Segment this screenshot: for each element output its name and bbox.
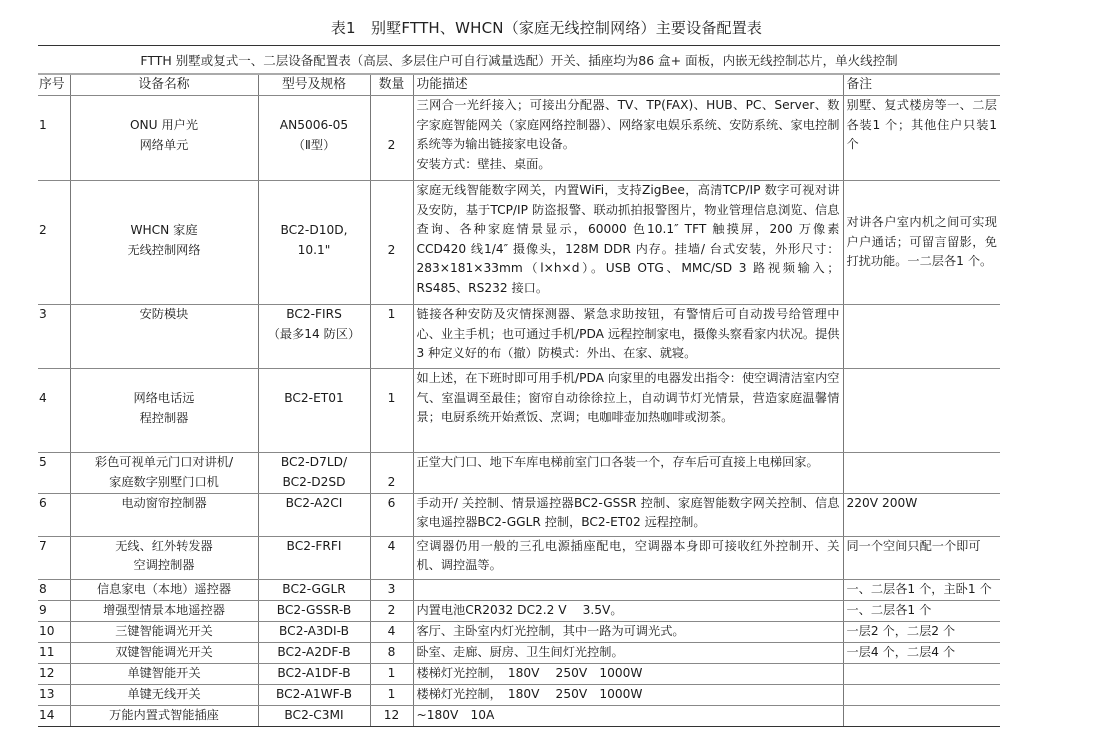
cell-no: 4 (38, 369, 70, 453)
cell-no: 14 (38, 705, 70, 726)
cell-model: BC2-D7LD/BC2-D2SD (258, 453, 370, 494)
name-line: ONU 用户光 (74, 116, 255, 136)
header-desc: 功能描述 (413, 75, 843, 96)
table-row: 5 彩色可视单元门口对讲机/家庭数字别墅门口机 BC2-D7LD/BC2-D2S… (38, 453, 1000, 494)
name-line: WHCN 家庭 (74, 221, 255, 241)
cell-desc: 客厅、主卧室内灯光控制，其中一路为可调光式。 (413, 621, 843, 642)
cell-name: WHCN 家庭无线控制网络 (70, 181, 258, 305)
cell-no: 12 (38, 663, 70, 684)
equipment-config-table: 序号 设备名称 型号及规格 数量 功能描述 备注 1 ONU 用户光网络单元 A… (38, 75, 1000, 727)
desc-text: 三网合一光纤接入；可接出分配器、TV、TP(FAX)、HUB、PC、Server… (417, 96, 840, 155)
cell-qty: 3 (370, 579, 413, 600)
cell-note: 一、二层各1 个 (843, 600, 1000, 621)
cell-no: 11 (38, 642, 70, 663)
cell-no: 13 (38, 684, 70, 705)
cell-qty: 1 (370, 305, 413, 369)
cell-model: BC2-A2DF-B (258, 642, 370, 663)
table-row: 11 双键智能调光开关 BC2-A2DF-B 8 卧室、走廊、厨房、卫生间灯光控… (38, 642, 1000, 663)
table-title: 表1 别墅FTTH、WHCN（家庭无线控制网络）主要设备配置表 (0, 17, 1093, 38)
model-line: （最多14 防区） (262, 325, 367, 345)
cell-name: 单键智能开关 (70, 663, 258, 684)
cell-note: 同一个空间只配一个即可 (843, 536, 1000, 579)
header-name: 设备名称 (70, 75, 258, 96)
model-line: BC2-D7LD/ (262, 453, 367, 473)
cell-name: 万能内置式智能插座 (70, 705, 258, 726)
header-qty: 数量 (370, 75, 413, 96)
cell-name: ONU 用户光网络单元 (70, 96, 258, 181)
header-no: 序号 (38, 75, 70, 96)
cell-desc: 如上述，在下班时即可用手机/PDA 向家里的电器发出指令：使空调清洁室内空气、室… (413, 369, 843, 453)
cell-qty: 8 (370, 642, 413, 663)
cell-model: AN5006-05（Ⅱ型） (258, 96, 370, 181)
cell-name: 双键智能调光开关 (70, 642, 258, 663)
name-line: 无线、红外转发器 (74, 537, 255, 557)
cell-name: 增强型情景本地遥控器 (70, 600, 258, 621)
cell-note: 别墅、复式楼房等一、二层各装1 个；其他住户只装1 个 (843, 96, 1000, 181)
cell-qty: 2 (370, 96, 413, 181)
cell-qty: 4 (370, 621, 413, 642)
cell-qty: 12 (370, 705, 413, 726)
cell-model: BC2-GSSR-B (258, 600, 370, 621)
cell-name: 安防模块 (70, 305, 258, 369)
header-model: 型号及规格 (258, 75, 370, 96)
cell-name: 无线、红外转发器空调控制器 (70, 536, 258, 579)
cell-no: 8 (38, 579, 70, 600)
cell-no: 1 (38, 96, 70, 181)
cell-model: BC2-D10D,10.1" (258, 181, 370, 305)
cell-no: 9 (38, 600, 70, 621)
cell-note (843, 305, 1000, 369)
cell-qty: 1 (370, 369, 413, 453)
cell-model: BC2-FRFI (258, 536, 370, 579)
cell-model: BC2-C3MI (258, 705, 370, 726)
cell-note (843, 684, 1000, 705)
cell-no: 6 (38, 493, 70, 536)
table-row: 2 WHCN 家庭无线控制网络 BC2-D10D,10.1" 2 家庭无线智能数… (38, 181, 1000, 305)
cell-qty: 1 (370, 684, 413, 705)
name-line: 家庭数字别墅门口机 (74, 473, 255, 493)
cell-no: 7 (38, 536, 70, 579)
cell-model: BC2-FIRS（最多14 防区） (258, 305, 370, 369)
model-line: AN5006-05 (262, 116, 367, 136)
cell-desc: 家庭无线智能数字网关，内置WiFi，支持ZigBee，高清TCP/IP 数字可视… (413, 181, 843, 305)
cell-note: 对讲各户室内机之间可实现户户通话；可留言留影，免打扰功能。一二层各1 个。 (843, 181, 1000, 305)
cell-note: 220V 200W (843, 493, 1000, 536)
cell-qty: 2 (370, 453, 413, 494)
table-row: 1 ONU 用户光网络单元 AN5006-05（Ⅱ型） 2 三网合一光纤接入；可… (38, 96, 1000, 181)
cell-model: BC2-A1DF-B (258, 663, 370, 684)
cell-model: BC2-GGLR (258, 579, 370, 600)
name-line: 无线控制网络 (74, 241, 255, 261)
cell-desc: 空调器仍用一般的三孔电源插座配电，空调器本身即可接收红外控制开、关机、调控温等。 (413, 536, 843, 579)
header-note: 备注 (843, 75, 1000, 96)
desc-text: 安装方式：壁挂、桌面。 (417, 155, 840, 175)
table-row: 9 增强型情景本地遥控器 BC2-GSSR-B 2 内置电池CR2032 DC2… (38, 600, 1000, 621)
table-row: 8 信息家电（本地）遥控器 BC2-GGLR 3 一、二层各1 个，主卧1 个 (38, 579, 1000, 600)
cell-desc: 正堂大门口、地下车库电梯前室门口各装一个，存车后可直接上电梯回家。 (413, 453, 843, 494)
cell-desc: 内置电池CR2032 DC2.2 V 3.5V。 (413, 600, 843, 621)
cell-qty: 4 (370, 536, 413, 579)
name-line: 空调控制器 (74, 556, 255, 576)
table-subtitle: FTTH 别墅或复式一、二层设备配置表（高层、多层住户可自行减量选配）开关、插座… (38, 51, 1000, 69)
cell-no: 5 (38, 453, 70, 494)
cell-note: 一层4 个，二层4 个 (843, 642, 1000, 663)
cell-desc: 卧室、走廊、厨房、卫生间灯光控制。 (413, 642, 843, 663)
cell-name: 单键无线开关 (70, 684, 258, 705)
name-line: 网络电话远 (74, 389, 255, 409)
table-row: 14 万能内置式智能插座 BC2-C3MI 12 ~180V 10A (38, 705, 1000, 726)
model-line: BC2-D2SD (262, 473, 367, 493)
cell-qty: 2 (370, 181, 413, 305)
table-row: 7 无线、红外转发器空调控制器 BC2-FRFI 4 空调器仍用一般的三孔电源插… (38, 536, 1000, 579)
name-line: 网络单元 (74, 136, 255, 156)
table-row: 6 电动窗帘控制器 BC2-A2CI 6 手动开/ 关控制、情景遥控器BC2-G… (38, 493, 1000, 536)
cell-desc (413, 579, 843, 600)
cell-desc: 手动开/ 关控制、情景遥控器BC2-GSSR 控制、家庭智能数字网关控制、信息家… (413, 493, 843, 536)
name-line: 彩色可视单元门口对讲机/ (74, 453, 255, 473)
cell-qty: 1 (370, 663, 413, 684)
cell-note: 一层2 个，二层2 个 (843, 621, 1000, 642)
cell-name: 三键智能调光开关 (70, 621, 258, 642)
model-line: BC2-D10D, (262, 221, 367, 241)
table-row: 10 三键智能调光开关 BC2-A3DI-B 4 客厅、主卧室内灯光控制，其中一… (38, 621, 1000, 642)
cell-note (843, 369, 1000, 453)
cell-model: BC2-A3DI-B (258, 621, 370, 642)
cell-note: 一、二层各1 个，主卧1 个 (843, 579, 1000, 600)
model-line: BC2-FIRS (262, 305, 367, 325)
table-row: 4 网络电话远程控制器 BC2-ET01 1 如上述，在下班时即可用手机/PDA… (38, 369, 1000, 453)
cell-name: 信息家电（本地）遥控器 (70, 579, 258, 600)
name-line: 程控制器 (74, 409, 255, 429)
cell-model: BC2-ET01 (258, 369, 370, 453)
header-row: 序号 设备名称 型号及规格 数量 功能描述 备注 (38, 75, 1000, 96)
cell-note (843, 705, 1000, 726)
cell-note (843, 663, 1000, 684)
cell-no: 2 (38, 181, 70, 305)
cell-model: BC2-A1WF-B (258, 684, 370, 705)
table-row: 13 单键无线开关 BC2-A1WF-B 1 楼梯灯光控制， 180V 250V… (38, 684, 1000, 705)
cell-name: 网络电话远程控制器 (70, 369, 258, 453)
cell-desc: 三网合一光纤接入；可接出分配器、TV、TP(FAX)、HUB、PC、Server… (413, 96, 843, 181)
cell-desc: 链接各种安防及灾情探测器、紧急求助按钮，有警情后可自动拨号给管理中心、业主手机；… (413, 305, 843, 369)
model-line: （Ⅱ型） (262, 136, 367, 156)
cell-qty: 2 (370, 600, 413, 621)
cell-qty: 6 (370, 493, 413, 536)
cell-name: 彩色可视单元门口对讲机/家庭数字别墅门口机 (70, 453, 258, 494)
cell-desc: 楼梯灯光控制， 180V 250V 1000W (413, 684, 843, 705)
table-row: 12 单键智能开关 BC2-A1DF-B 1 楼梯灯光控制， 180V 250V… (38, 663, 1000, 684)
cell-desc: ~180V 10A (413, 705, 843, 726)
cell-no: 10 (38, 621, 70, 642)
model-line: 10.1" (262, 241, 367, 261)
cell-desc: 楼梯灯光控制， 180V 250V 1000W (413, 663, 843, 684)
cell-note (843, 453, 1000, 494)
cell-name: 电动窗帘控制器 (70, 493, 258, 536)
cell-model: BC2-A2CI (258, 493, 370, 536)
top-rule (38, 45, 1000, 46)
cell-no: 3 (38, 305, 70, 369)
table-row: 3 安防模块 BC2-FIRS（最多14 防区） 1 链接各种安防及灾情探测器、… (38, 305, 1000, 369)
